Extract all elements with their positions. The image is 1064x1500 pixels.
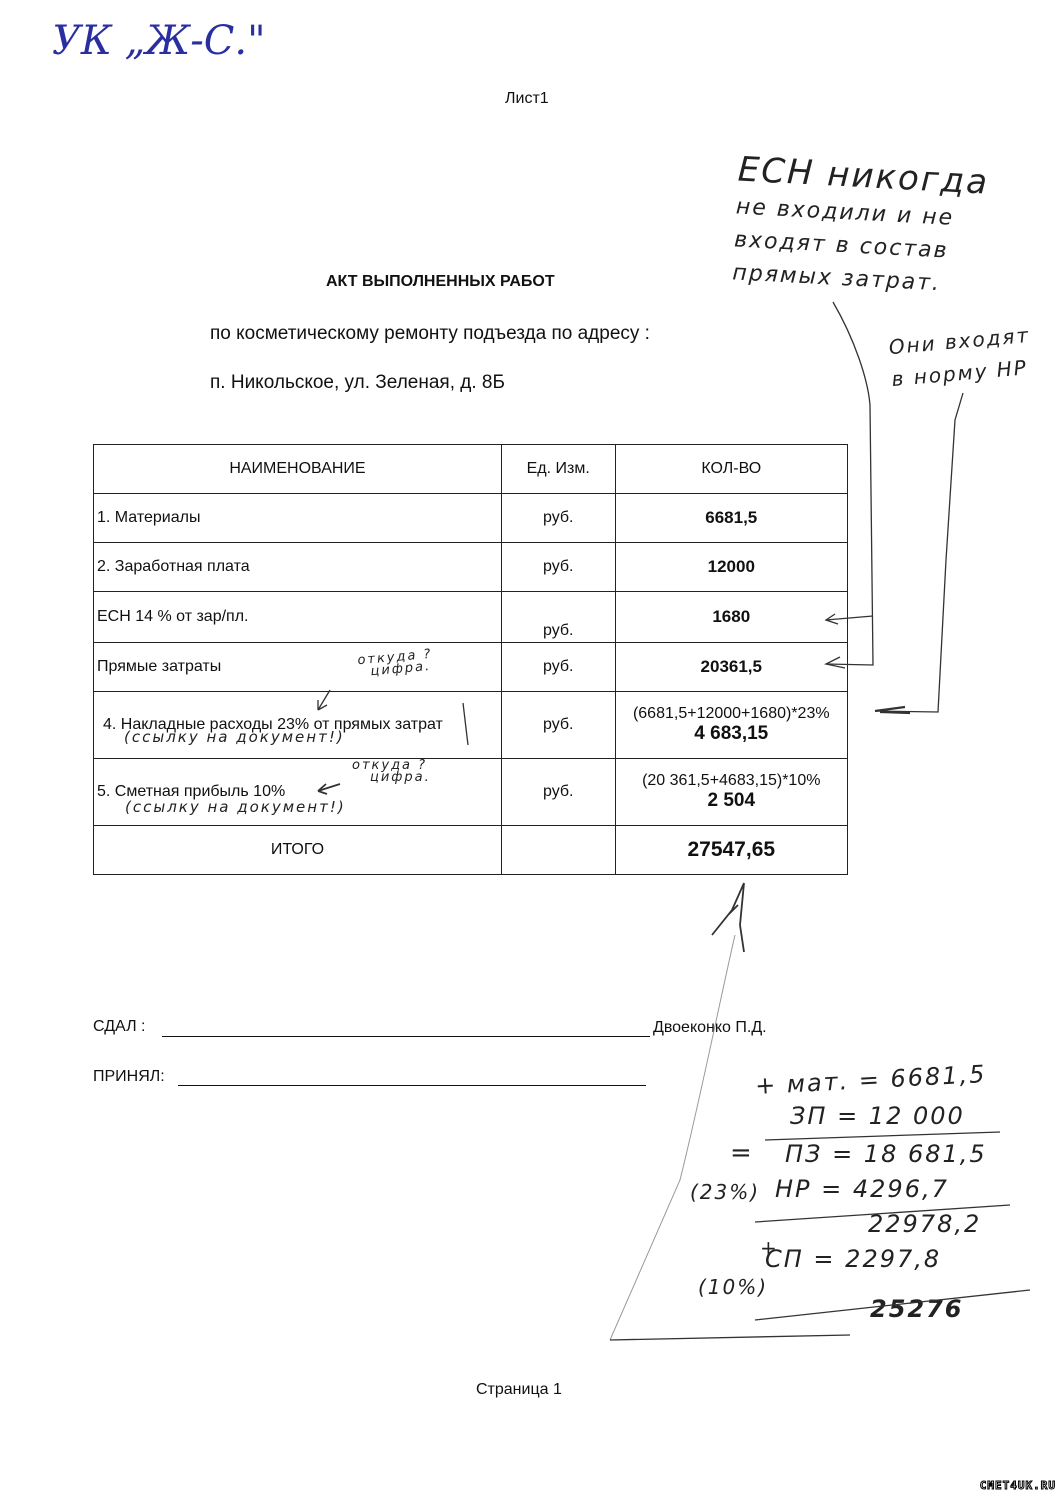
- row-value: 6681,5: [615, 494, 847, 543]
- calc-result: 25276: [870, 1295, 964, 1323]
- calc-subtotal: 22978,2: [868, 1210, 981, 1238]
- accepted-label: ПРИНЯЛ:: [93, 1068, 165, 1086]
- table-total-row: ИТОГО 27547,65: [94, 826, 848, 875]
- row-value: 1680: [615, 592, 847, 643]
- row-value-cell: (6681,5+12000+1680)*23% 4 683,15: [615, 692, 847, 759]
- document-title: АКТ ВЫПОЛНЕННЫХ РАБОТ: [326, 273, 555, 291]
- accepted-signature-line[interactable]: [178, 1085, 646, 1086]
- row-unit: руб.: [501, 759, 615, 826]
- esn-note: ЕСН никогда не входили и не входят в сос…: [732, 154, 990, 303]
- row-unit: руб.: [501, 692, 615, 759]
- link-document-note: (ссылку на документ!): [125, 798, 346, 816]
- table-row: 4. Накладные расходы 23% от прямых затра…: [94, 692, 848, 759]
- signature-mark: [712, 883, 744, 952]
- table-row: Прямые затраты руб. 20361,5: [94, 643, 848, 692]
- row-formula: (6681,5+12000+1680)*23%: [619, 705, 844, 723]
- watermark: СМЕТ4UK.RU: [980, 1479, 1056, 1492]
- arrow-icon: [875, 707, 910, 713]
- row-value: 2 504: [619, 790, 844, 812]
- row-name: ЕСН 14 % от зар/пл.: [94, 592, 502, 643]
- row-name: Прямые затраты: [94, 643, 502, 692]
- link-document-note: (ссылку на документ!): [124, 728, 345, 746]
- page-footer: Страница 1: [476, 1381, 562, 1399]
- row-unit: руб.: [501, 592, 615, 643]
- calc-nr-percent: (23%): [690, 1180, 760, 1204]
- calc-materials: + мат. = 6681,5: [754, 1060, 987, 1100]
- calc-underline: [610, 1335, 850, 1340]
- document-address: п. Никольское, ул. Зеленая, д. 8Б: [210, 372, 505, 394]
- header-quantity: КОЛ-ВО: [615, 445, 847, 494]
- nr-note: Они входят в норму НР: [887, 319, 1034, 395]
- total-label: ИТОГО: [94, 826, 502, 875]
- handwritten-company-name: УК „Ж-С.": [52, 18, 265, 64]
- row-unit: руб.: [501, 494, 615, 543]
- table-header-row: НАИМЕНОВАНИЕ Ед. Изм. КОЛ-ВО: [94, 445, 848, 494]
- table-row: 1. Материалы руб. 6681,5: [94, 494, 848, 543]
- row-name: 4. Накладные расходы 23% от прямых затра…: [94, 692, 502, 759]
- header-unit: Ед. Изм.: [501, 445, 615, 494]
- calc-salary: ЗП = 12 000: [790, 1102, 965, 1130]
- total-value: 27547,65: [615, 826, 847, 875]
- calc-direct-costs: ПЗ = 18 681,5: [785, 1140, 987, 1168]
- calc-sp-percent: (10%): [698, 1275, 768, 1299]
- calc-profit: СП = 2297,8: [765, 1245, 941, 1273]
- handed-signature-line[interactable]: [162, 1036, 650, 1037]
- where-from-note: откуда ? цифра.: [357, 649, 434, 679]
- note-line: цифра.: [352, 772, 431, 784]
- calc-underline: [765, 1132, 1000, 1140]
- row-name: 2. Заработная плата: [94, 543, 502, 592]
- row-value: 12000: [615, 543, 847, 592]
- header-name: НАИМЕНОВАНИЕ: [94, 445, 502, 494]
- table-row: 2. Заработная плата руб. 12000: [94, 543, 848, 592]
- handed-label: СДАЛ :: [93, 1018, 145, 1036]
- table-row: ЕСН 14 % от зар/пл. руб. 1680: [94, 592, 848, 643]
- handed-name: Двоеконко П.Д.: [653, 1019, 767, 1037]
- row-unit: руб.: [501, 643, 615, 692]
- document-subtitle: по косметическому ремонту подъезда по ад…: [210, 323, 650, 345]
- calc-equals: =: [730, 1138, 754, 1168]
- row-name: 1. Материалы: [94, 494, 502, 543]
- total-unit: [501, 826, 615, 875]
- row-unit: руб.: [501, 543, 615, 592]
- row-value: 4 683,15: [619, 723, 844, 745]
- row-value: 20361,5: [615, 643, 847, 692]
- row-formula: (20 361,5+4683,15)*10%: [619, 772, 844, 790]
- connector-line: [875, 393, 963, 712]
- calc-overhead: НР = 4296,7: [775, 1175, 949, 1203]
- sheet-label: Лист1: [505, 90, 549, 108]
- row-value-cell: (20 361,5+4683,15)*10% 2 504: [615, 759, 847, 826]
- where-from-note: откуда ? цифра.: [352, 760, 431, 784]
